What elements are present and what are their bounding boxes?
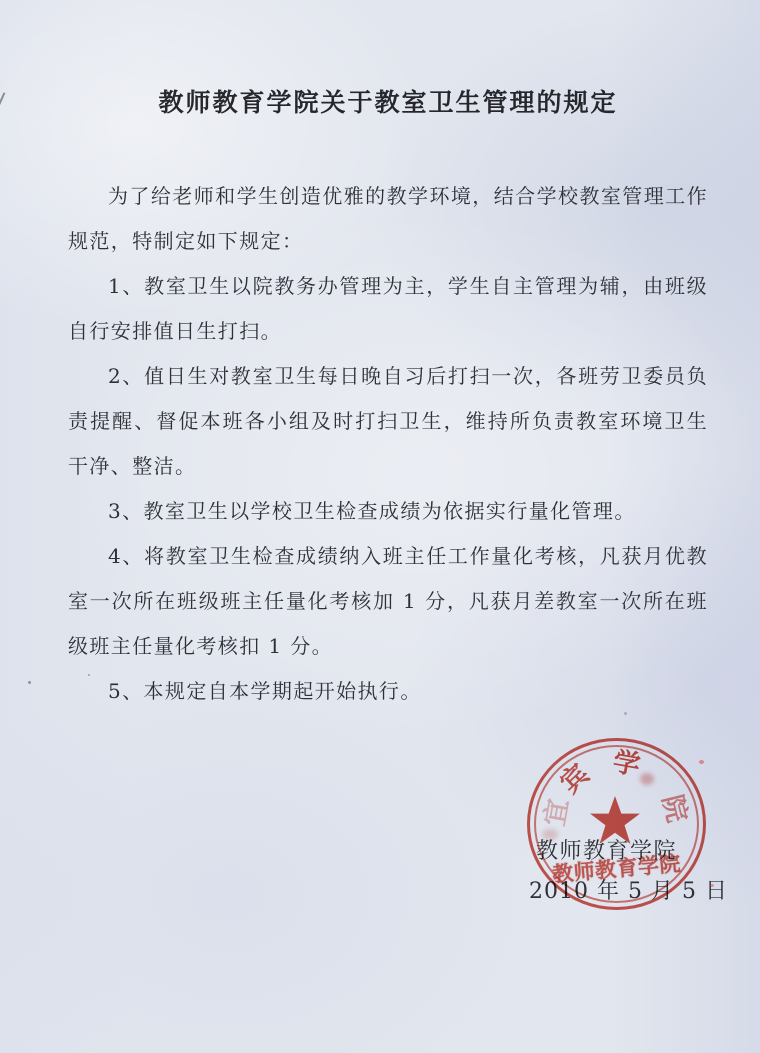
- paragraph-rule-1: 1、教室卫生以院教务办管理为主，学生自主管理为辅，由班级自行安排值日生打扫。: [68, 264, 708, 354]
- paragraph-rule-4: 4、将教室卫生检查成绩纳入班主任工作量化考核，凡获月优教室一次所在班级班主任量化…: [68, 534, 708, 669]
- scan-speck: [88, 674, 90, 676]
- scan-speck: [710, 884, 714, 887]
- seal-arc-char: 宜: [532, 795, 575, 828]
- seal-ink-smudge: [640, 773, 654, 785]
- seal-arc-char: 院: [655, 790, 699, 826]
- scanned-document-page: 教师教育学院关于教室卫生管理的规定 为了给老师和学生创造优雅的教学环境，结合学校…: [0, 0, 760, 1053]
- scan-speck: [624, 712, 627, 715]
- scan-speck: [0, 92, 5, 108]
- document-title: 教师教育学院关于教室卫生管理的规定: [68, 86, 708, 120]
- seal-arc-char: 学: [610, 739, 643, 782]
- document-body: 教师教育学院关于教室卫生管理的规定 为了给老师和学生创造优雅的教学环境，结合学校…: [68, 0, 708, 714]
- official-seal: 宜 宾 学 院 教师教育学院: [527, 738, 706, 910]
- seal-ink-smudge: [542, 829, 558, 840]
- scan-speck: [699, 760, 704, 764]
- paragraph-rule-2: 2、值日生对教室卫生每日晚自习后打扫一次，各班劳卫委员负责提醒、督促本班各小组及…: [68, 354, 708, 489]
- paragraph-intro: 为了给老师和学生创造优雅的教学环境，结合学校教室管理工作规范，特制定如下规定：: [68, 174, 708, 264]
- document-paragraphs: 为了给老师和学生创造优雅的教学环境，结合学校教室管理工作规范，特制定如下规定： …: [68, 174, 708, 714]
- seal-bottom-text: 教师教育学院: [529, 846, 704, 891]
- paragraph-rule-5: 5、本规定自本学期起开始执行。: [68, 669, 708, 714]
- star-icon: [587, 794, 643, 847]
- scan-speck: [28, 681, 31, 684]
- paragraph-rule-3: 3、教室卫生以学校卫生检查成绩为依据实行量化管理。: [68, 489, 708, 534]
